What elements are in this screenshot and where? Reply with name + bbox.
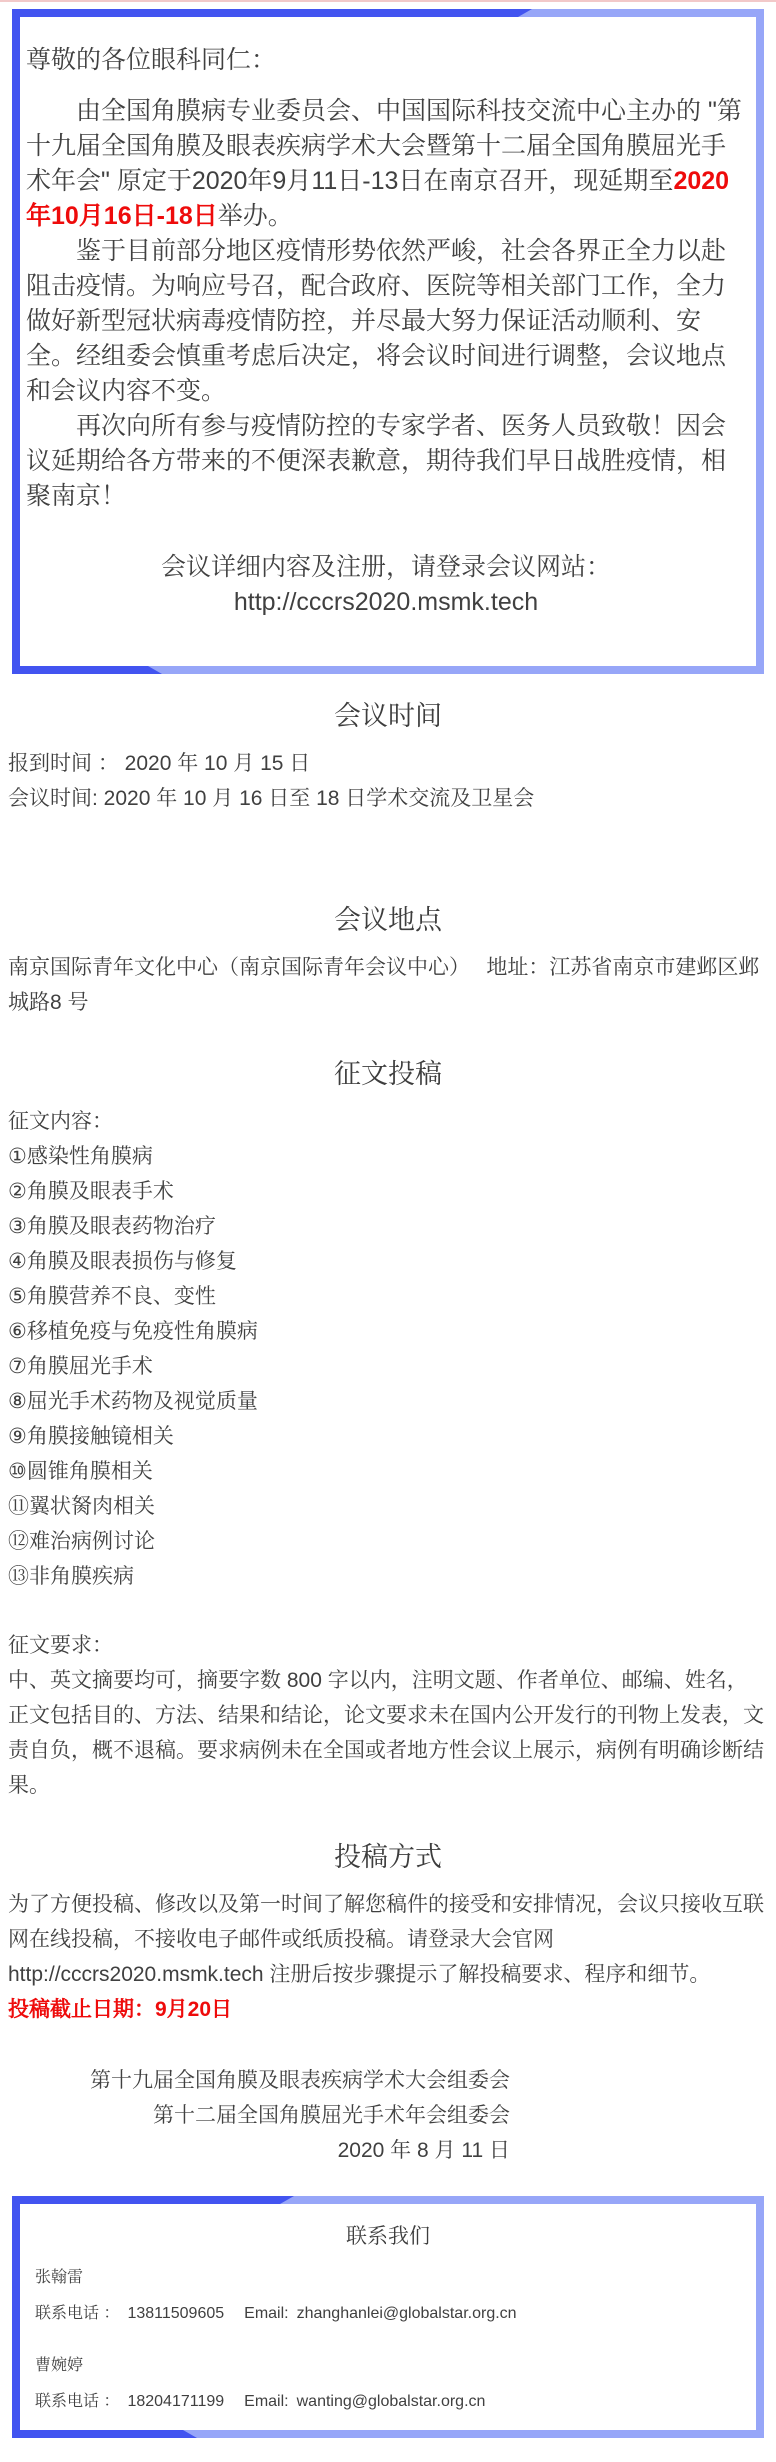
topic-item: ⑫难治病例讨论: [8, 1524, 768, 1559]
topic-item: ⑬非角膜疾病: [8, 1559, 768, 1594]
section-heading-call-for-papers: 征文投稿: [0, 1056, 776, 1092]
section-time-body: 报到时间 ： 2020 年 10 月 15 日 会议时间: 2020 年 10 …: [8, 746, 768, 816]
phone-number: 18204171199: [127, 2393, 224, 2410]
topic-item: ①感染性角膜病: [8, 1139, 768, 1174]
contact-card-body: 联系我们 张翰雷 联系电话 ：13811509605Email:zhanghan…: [20, 2204, 756, 2430]
website-intro: 会议详细内容及注册，请登录会议网站：: [26, 550, 746, 585]
website-block: 会议详细内容及注册，请登录会议网站： http://cccrs2020.msmk…: [26, 550, 746, 620]
notice-card: 尊敬的各位眼科同仁： 由全国角膜病专业委员会、中国国际科技交流中心主办的 "第十…: [12, 9, 764, 674]
conference-time-line: 会议时间: 2020 年 10 月 16 日至 18 日学术交流及卫星会: [8, 781, 768, 816]
email-label: Email:: [244, 2393, 288, 2410]
section-heading-venue: 会议地点: [0, 902, 776, 938]
card-left-accent-bar: [12, 2196, 20, 2438]
section-heading-time: 会议时间: [0, 698, 776, 734]
phone-label: 联系电话 ：: [35, 2393, 119, 2410]
card-top-accent-bar: [12, 2196, 294, 2204]
email-label: Email:: [244, 2305, 288, 2322]
paragraph-postponement: 由全国角膜病专业委员会、中国国际科技交流中心主办的 "第十九届全国角膜及眼表疾病…: [26, 94, 746, 234]
notice-card-body: 尊敬的各位眼科同仁： 由全国角膜病专业委员会、中国国际科技交流中心主办的 "第十…: [20, 17, 756, 666]
contact-entry: 曹婉婷 联系电话 ：18204171199Email:wanting@globa…: [35, 2354, 741, 2414]
email-address: zhanghanlei@globalstar.org.cn: [297, 2305, 517, 2322]
contact-entry: 张翰雷 联系电话 ：13811509605Email:zhanghanlei@g…: [35, 2266, 741, 2326]
topic-item: ⑪翼状胬肉相关: [8, 1489, 768, 1524]
submission-deadline: 投稿截止日期：9月20日: [8, 1992, 768, 2027]
topic-item: ②角膜及眼表手术: [8, 1174, 768, 1209]
topic-item: ⑦角膜屈光手术: [8, 1349, 768, 1384]
submission-text: 为了方便投稿、修改以及第一时间了解您稿件的接受和安排情况，会议只接收互联网在线投…: [8, 1887, 768, 1992]
paragraph-postponement-tail: 举办。: [218, 202, 293, 230]
paragraph-postponement-text: 由全国角膜病专业委员会、中国国际科技交流中心主办的 "第十九届全国角膜及眼表疾病…: [26, 97, 742, 195]
topic-item: ④角膜及眼表损伤与修复: [8, 1244, 768, 1279]
signature-committee-2: 第十二届全国角膜屈光手术年会组委会: [8, 2098, 510, 2133]
section-call-for-papers-body: 征文内容： ①感染性角膜病 ②角膜及眼表手术 ③角膜及眼表药物治疗 ④角膜及眼表…: [8, 1104, 768, 1803]
registration-time-line: 报到时间 ： 2020 年 10 月 15 日: [8, 746, 768, 781]
topic-item: ⑩圆锥角膜相关: [8, 1454, 768, 1489]
signature-block: 第十九届全国角膜及眼表疾病学术大会组委会 第十二届全国角膜屈光手术年会组委会 2…: [8, 2063, 768, 2168]
topic-item: ⑨角膜接触镜相关: [8, 1419, 768, 1454]
section-venue-body: 南京国际青年文化中心（南京国际青年会议中心） 地址：江苏省南京市建邺区邺城路8 …: [8, 950, 768, 1020]
contact-name: 张翰雷: [35, 2266, 741, 2290]
topic-item: ⑥移植免疫与免疫性角膜病: [8, 1314, 768, 1349]
topic-item: ⑧屈光手术药物及视觉质量: [8, 1384, 768, 1419]
signature-committee-1: 第十九届全国角膜及眼表疾病学术大会组委会: [8, 2063, 510, 2098]
card-left-accent-bar: [12, 9, 20, 674]
contact-heading: 联系我们: [35, 2222, 741, 2252]
section-submission-body: 为了方便投稿、修改以及第一时间了解您稿件的接受和安排情况，会议只接收互联网在线投…: [8, 1887, 768, 2027]
topic-item: ⑤角膜营养不良、变性: [8, 1279, 768, 1314]
requirements-label: 征文要求：: [8, 1628, 768, 1663]
phone-number: 13811509605: [127, 2305, 224, 2322]
contact-name: 曹婉婷: [35, 2354, 741, 2378]
phone-label: 联系电话 ：: [35, 2305, 119, 2322]
salutation: 尊敬的各位眼科同仁：: [26, 43, 746, 78]
contact-phone-email-line: 联系电话 ：18204171199Email:wanting@globalsta…: [35, 2390, 741, 2414]
contact-phone-email-line: 联系电话 ：13811509605Email:zhanghanlei@globa…: [35, 2302, 741, 2326]
contact-card: 联系我们 张翰雷 联系电话 ：13811509605Email:zhanghan…: [12, 2196, 764, 2438]
topic-item: ③角膜及眼表药物治疗: [8, 1209, 768, 1244]
card-top-accent-bar: [12, 9, 532, 17]
signature-date: 2020 年 8 月 11 日: [8, 2133, 510, 2168]
website-url: http://cccrs2020.msmk.tech: [26, 585, 746, 620]
top-divider-line: [0, 0, 776, 2]
card-bottom-accent-bar: [12, 666, 162, 674]
topics-list: ①感染性角膜病 ②角膜及眼表手术 ③角膜及眼表药物治疗 ④角膜及眼表损伤与修复 …: [8, 1139, 768, 1594]
topics-label: 征文内容：: [8, 1104, 768, 1139]
paragraph-apology: 再次向所有参与疫情防控的专家学者、医务人员致敬！因会议延期给各方带来的不便深表歉…: [26, 409, 746, 514]
requirements-text: 中、英文摘要均可，摘要字数 800 字以内，注明文题、作者单位、邮编、姓名，正文…: [8, 1663, 768, 1803]
venue-address-line: 南京国际青年文化中心（南京国际青年会议中心） 地址：江苏省南京市建邺区邺城路8 …: [8, 950, 768, 1020]
paragraph-epidemic: 鉴于目前部分地区疫情形势依然严峻，社会各界正全力以赴阻击疫情。为响应号召，配合政…: [26, 234, 746, 409]
section-heading-submission: 投稿方式: [0, 1839, 776, 1875]
email-address: wanting@globalstar.org.cn: [297, 2393, 486, 2410]
announcement-page: { "colors": { "accent_dark_blue": "#4254…: [0, 0, 776, 2438]
